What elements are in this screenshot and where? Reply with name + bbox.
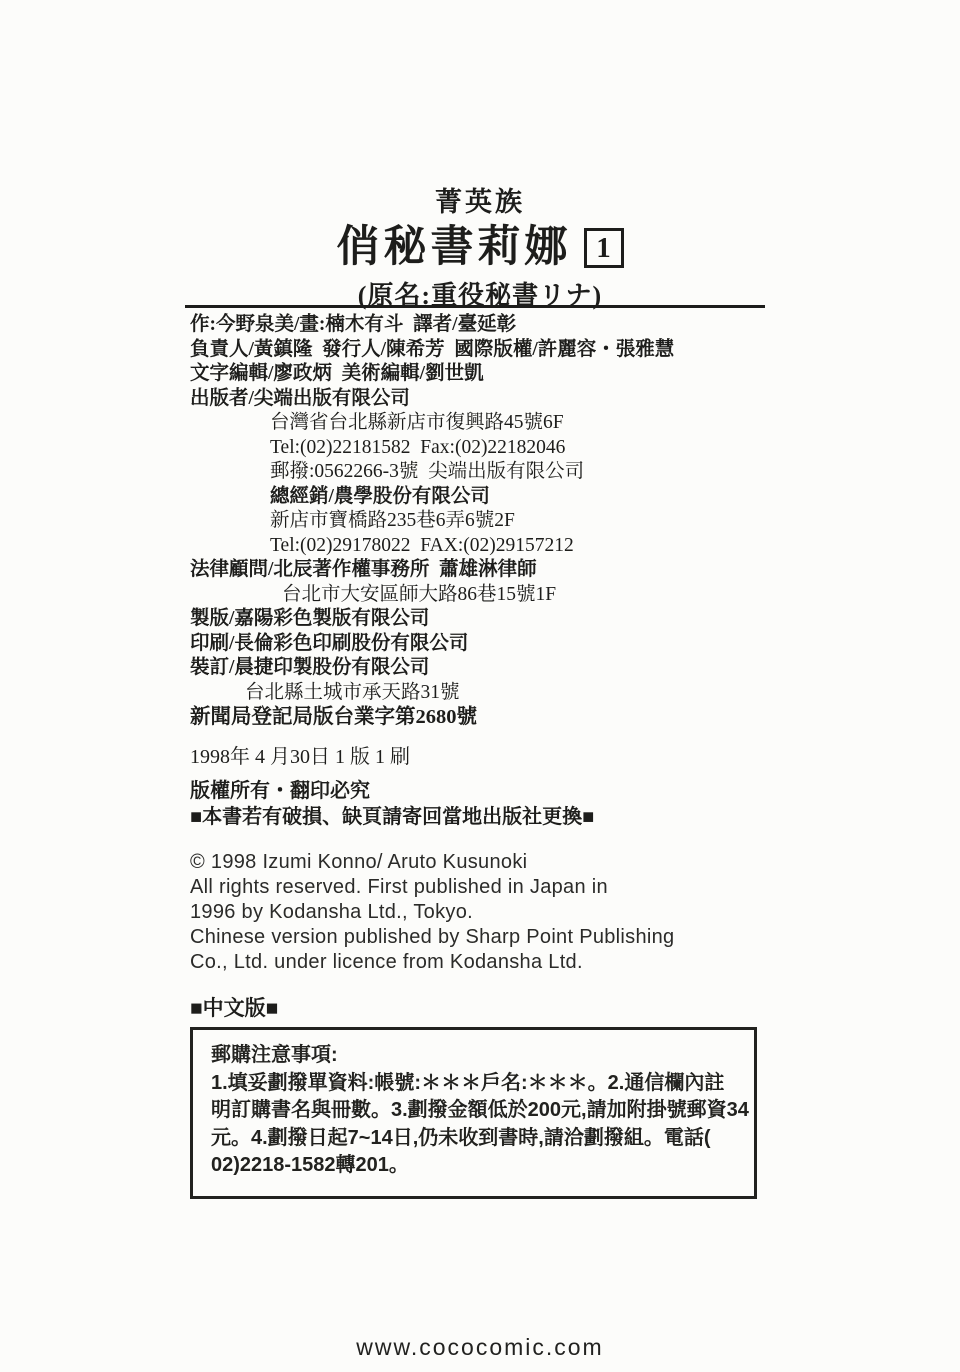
plate-making: 製版/嘉陽彩色製版有限公司	[190, 607, 674, 632]
binding-address: 台北縣土城市承天路31號	[190, 681, 674, 706]
distributor-address: 新店市寶橋路235巷6弄6號2F	[190, 509, 674, 534]
printing: 印刷/長倫彩色印刷股份有限公司	[190, 632, 674, 657]
publisher-tel-fax: Tel:(02)22181582 Fax:(02)22182046	[190, 436, 674, 461]
legal-advisor-address: 台北市大安區師大路86巷15號1F	[190, 583, 674, 608]
website-url: www.cococomic.com	[0, 1334, 960, 1361]
english-copyright-line: Co., Ltd. under licence from Kodansha Lt…	[190, 950, 674, 975]
mail-order-line: 明訂購書名與冊數。3.劃撥金額低於200元,請加附掛號郵資34	[211, 1097, 742, 1125]
edition-printing-date: 1998年 4 月30日 1 版 1 刷	[190, 740, 410, 769]
volume-number-badge: 1	[584, 228, 624, 268]
credit-line-publisher: 出版者/尖端出版有限公司	[190, 387, 674, 412]
credit-line-editors: 文字編輯/廖政炳 美術編輯/劉世凱	[190, 362, 674, 387]
gio-registration-number: 新聞局登記局版台業字第2680號	[190, 705, 674, 730]
title-block: 菁英族 俏秘書莉娜1 (原名:重役秘書リナ)	[0, 180, 960, 312]
mail-order-heading: 郵購注意事項:	[211, 1042, 742, 1070]
credit-line-staff: 負責人/黃鎮隆 發行人/陳希芳 國際版權/許麗容・張雅慧	[190, 338, 674, 363]
distributor: 總經銷/農學股份有限公司	[190, 485, 674, 510]
rights-block: 版權所有・翻印必究 ■本書若有破損、缺頁請寄回當地出版社更換■	[190, 779, 594, 830]
mail-order-line: 02)2218-1582轉201。	[211, 1152, 742, 1180]
credit-line-author: 作:今野泉美/畫:楠木有斗 譯者/臺延彰	[190, 313, 674, 338]
book-title-row: 俏秘書莉娜1	[0, 225, 960, 271]
binding: 裝訂/晨捷印製股份有限公司	[190, 656, 674, 681]
english-copyright-block: © 1998 Izumi Konno/ Aruto Kusunoki All r…	[190, 850, 674, 975]
distributor-tel-fax: Tel:(02)29178022 FAX:(02)29157212	[190, 534, 674, 559]
english-copyright-line: 1996 by Kodansha Ltd., Tokyo.	[190, 900, 674, 925]
divider-rule	[185, 305, 765, 308]
publisher-address: 台灣省台北縣新店市復興路45號6F	[190, 411, 674, 436]
chinese-edition-label: ■中文版■	[190, 992, 278, 1022]
english-copyright-line: Chinese version published by Sharp Point…	[190, 925, 674, 950]
copyright-notice: 版權所有・翻印必究	[190, 779, 594, 805]
english-copyright-line: © 1998 Izumi Konno/ Aruto Kusunoki	[190, 850, 674, 875]
book-title: 俏秘書莉娜	[337, 224, 572, 271]
mail-order-notice-box: 郵購注意事項: 1.填妥劃撥單資料:帳號:＊＊＊戶名:＊＊＊。2.通信欄內註 明…	[190, 1027, 757, 1199]
english-copyright-line: All rights reserved. First published in …	[190, 875, 674, 900]
replacement-notice: ■本書若有破損、缺頁請寄回當地出版社更換■	[190, 805, 594, 831]
series-title: 菁英族	[0, 180, 960, 219]
legal-advisor: 法律顧問/北辰著作權事務所 蕭雄淋律師	[190, 558, 674, 583]
mail-order-line: 1.填妥劃撥單資料:帳號:＊＊＊戶名:＊＊＊。2.通信欄內註	[211, 1070, 742, 1098]
mail-order-line: 元。4.劃撥日起7~14日,仍未收到書時,請洽劃撥組。電話(	[211, 1125, 742, 1153]
colophon-page: 菁英族 俏秘書莉娜1 (原名:重役秘書リナ) 作:今野泉美/畫:楠木有斗 譯者/…	[0, 0, 960, 1372]
credits-block: 作:今野泉美/畫:楠木有斗 譯者/臺延彰 負責人/黃鎮隆 發行人/陳希芳 國際版…	[190, 313, 674, 730]
postal-transfer-account: 郵撥:0562266-3號 尖端出版有限公司	[190, 460, 674, 485]
